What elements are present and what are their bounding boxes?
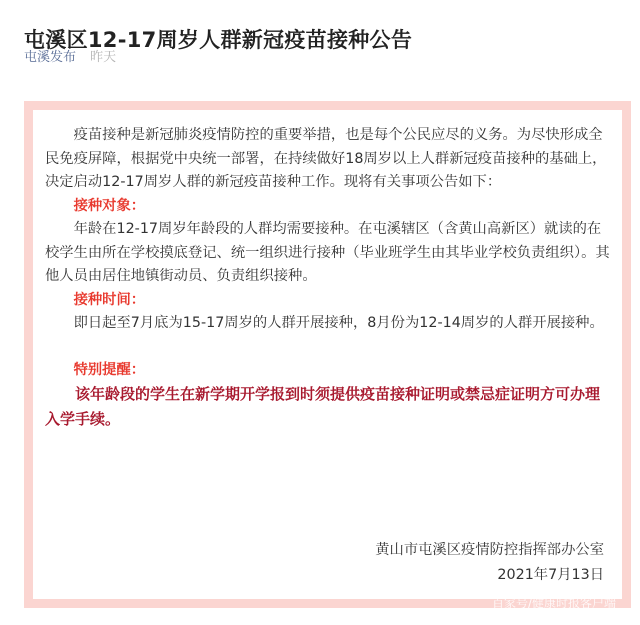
section-body-reminder: 该年龄段的学生在新学期开学报到时须提供疫苗接种证明或禁忌症证明方可办理入学手续。	[45, 382, 610, 432]
notice-content: 疫苗接种是新冠肺炎疫情防控的重要举措，也是每个公民应尽的义务。为尽快形成全民免疫…	[45, 124, 610, 432]
section-heading-reminder: 特别提醒：	[45, 359, 610, 383]
signature-office: 黄山市屯溪区疫情防控指挥部办公室	[375, 538, 604, 563]
watermark: 百家号/健康时报客户端	[492, 599, 616, 608]
notice-intro: 疫苗接种是新冠肺炎疫情防控的重要举措，也是每个公民应尽的义务。为尽快形成全民免疫…	[45, 124, 610, 195]
source-account-link[interactable]: 屯溪发布	[24, 50, 76, 65]
notice-frame: 疫苗接种是新冠肺炎疫情防控的重要举措，也是每个公民应尽的义务。为尽快形成全民免疫…	[24, 101, 631, 608]
spacer	[45, 336, 610, 359]
section-heading-time: 接种时间：	[45, 289, 610, 313]
section-heading-target: 接种对象：	[45, 195, 610, 219]
publish-time: 昨天	[90, 50, 116, 65]
signature-date: 2021年7月13日	[375, 563, 604, 588]
section-body-time: 即日起至7月底为15-17周岁的人群开展接种，8月份为12-14周岁的人群开展接…	[45, 312, 610, 336]
article-meta: 屯溪发布 昨天	[24, 46, 116, 65]
signature-block: 黄山市屯溪区疫情防控指挥部办公室 2021年7月13日	[375, 538, 604, 588]
section-body-target: 年龄在12-17周岁年龄段的人群均需要接种。在屯溪辖区（含黄山高新区）就读的在校…	[45, 218, 610, 289]
